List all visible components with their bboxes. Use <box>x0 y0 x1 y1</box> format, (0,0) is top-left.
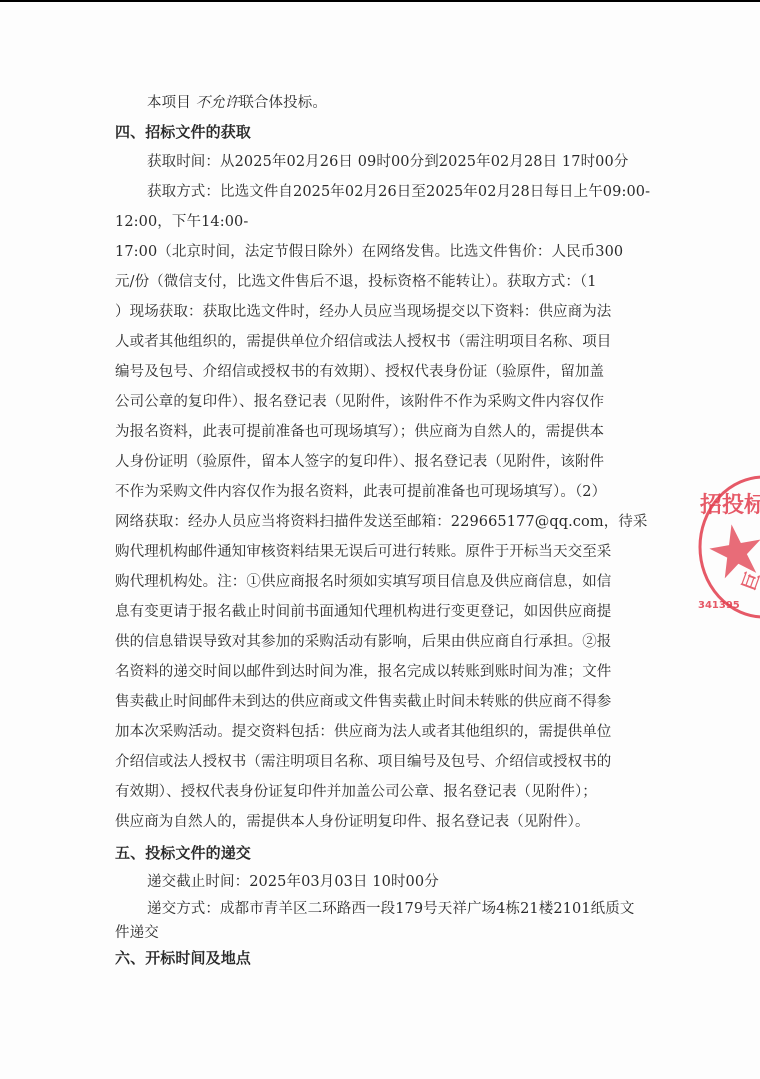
section-heading-6: 六、开标时间及地点 <box>115 948 251 968</box>
consortium-note: 本项目 不允许联合体投标。 <box>147 93 327 113</box>
text: 联合体投标。 <box>239 95 327 111</box>
page-top-border <box>0 0 760 2</box>
paragraph-line: 供的信息错误导致对其参加的采购活动有影响，后果由供应商自行承担。②报 <box>115 632 611 652</box>
section-heading-5: 五、投标文件的递交 <box>115 843 251 863</box>
paragraph-line: 介绍信或法人授权书（需注明项目名称、项目编号及包号、介绍信或授权书的 <box>115 752 611 772</box>
paragraph-line: 有效期）、授权代表身份证复印件并加盖公司公章、报名登记表（见附件）； <box>115 782 597 802</box>
paragraph-line: 元/份（微信支付，比选文件售后不退，投标资格不能转让）。获取方式：（1 <box>115 272 597 292</box>
paragraph-line: ）现场获取：获取比选文件时，经办人员应当现场提交以下资料：供应商为法 <box>115 302 611 322</box>
paragraph-line: 件递交 <box>115 923 159 943</box>
paragraph-line: 人或者其他组织的，需提供单位介绍信或法人授权书（需注明项目名称、项目 <box>115 332 611 352</box>
section-heading-4: 四、招标文件的获取 <box>115 122 251 142</box>
email-line: 网络获取：经办人员应当将资料扫描件发送至邮箱：229665177@qq.com，… <box>115 512 648 532</box>
paragraph-line: 公司公章的复印件）、报名登记表（见附件，该附件不作为采购文件内容仅作 <box>115 392 604 412</box>
paragraph-line: 购代理机构处。注：①供应商报名时须如实填写项目信息及供应商信息，如信 <box>115 572 611 592</box>
svg-text:巨: 巨 <box>738 569 760 593</box>
paragraph-line: 购代理机构邮件通知审核资料结果无误后可进行转账。原件于开标当天交至采 <box>115 542 611 562</box>
paragraph-line: 不作为采购文件内容仅作为报名资料，此表可提前准备也可现场填写）。（2） <box>115 482 606 502</box>
paragraph-line: 息有变更请于报名截止时间前书面通知代理机构进行变更登记，如因供应商提 <box>115 602 611 622</box>
paragraph-line: 名资料的递交时间以邮件到达时间为准，报名完成以转账到账时间为准；文件 <box>115 662 611 682</box>
red-seal-stamp-icon: 招投标 巨 341395 <box>696 472 760 622</box>
acquisition-time: 获取时间：从2025年02月26日 09时00分到2025年02月28日 17时… <box>147 152 628 172</box>
submission-method: 递交方式：成都市青羊区二环路西一段179号天祥广场4栋21楼2101纸质文 <box>147 899 634 919</box>
acquisition-method: 获取方式：比选文件自2025年02月26日至2025年02月28日每日上午09:… <box>147 182 650 202</box>
paragraph-line: 17:00（北京时间，法定节假日除外）在网络发售。比选文件售价：人民币300 <box>115 242 623 262</box>
submission-deadline: 递交截止时间：2025年03月03日 10时00分 <box>147 872 439 892</box>
paragraph-line: 加本次采购活动。提交资料包括：供应商为法人或者其他组织的，需提供单位 <box>115 722 611 742</box>
paragraph-line: 供应商为自然人的，需提供本人身份证明复印件、报名登记表（见附件）。 <box>115 812 590 832</box>
paragraph-line: 人身份证明（验原件，留本人签字的复印件）、报名登记表（见附件，该附件 <box>115 452 604 472</box>
paragraph-line: 为报名资料，此表可提前准备也可现场填写）；供应商为自然人的，需提供本 <box>115 422 604 442</box>
paragraph-line: 售卖截止时间邮件未到达的供应商或文件售卖截止时间未转账的供应商不得参 <box>115 692 611 712</box>
emphasis-text: 不允许 <box>196 95 240 111</box>
paragraph-line: 12:00，下午14:00- <box>115 212 248 232</box>
svg-text:招投标: 招投标 <box>700 492 760 518</box>
text: 本项目 <box>147 95 196 111</box>
paragraph-line: 编号及包号、介绍信或授权书的有效期）、授权代表身份证（验原件，留加盖 <box>115 362 604 382</box>
svg-text:341395: 341395 <box>698 600 740 611</box>
